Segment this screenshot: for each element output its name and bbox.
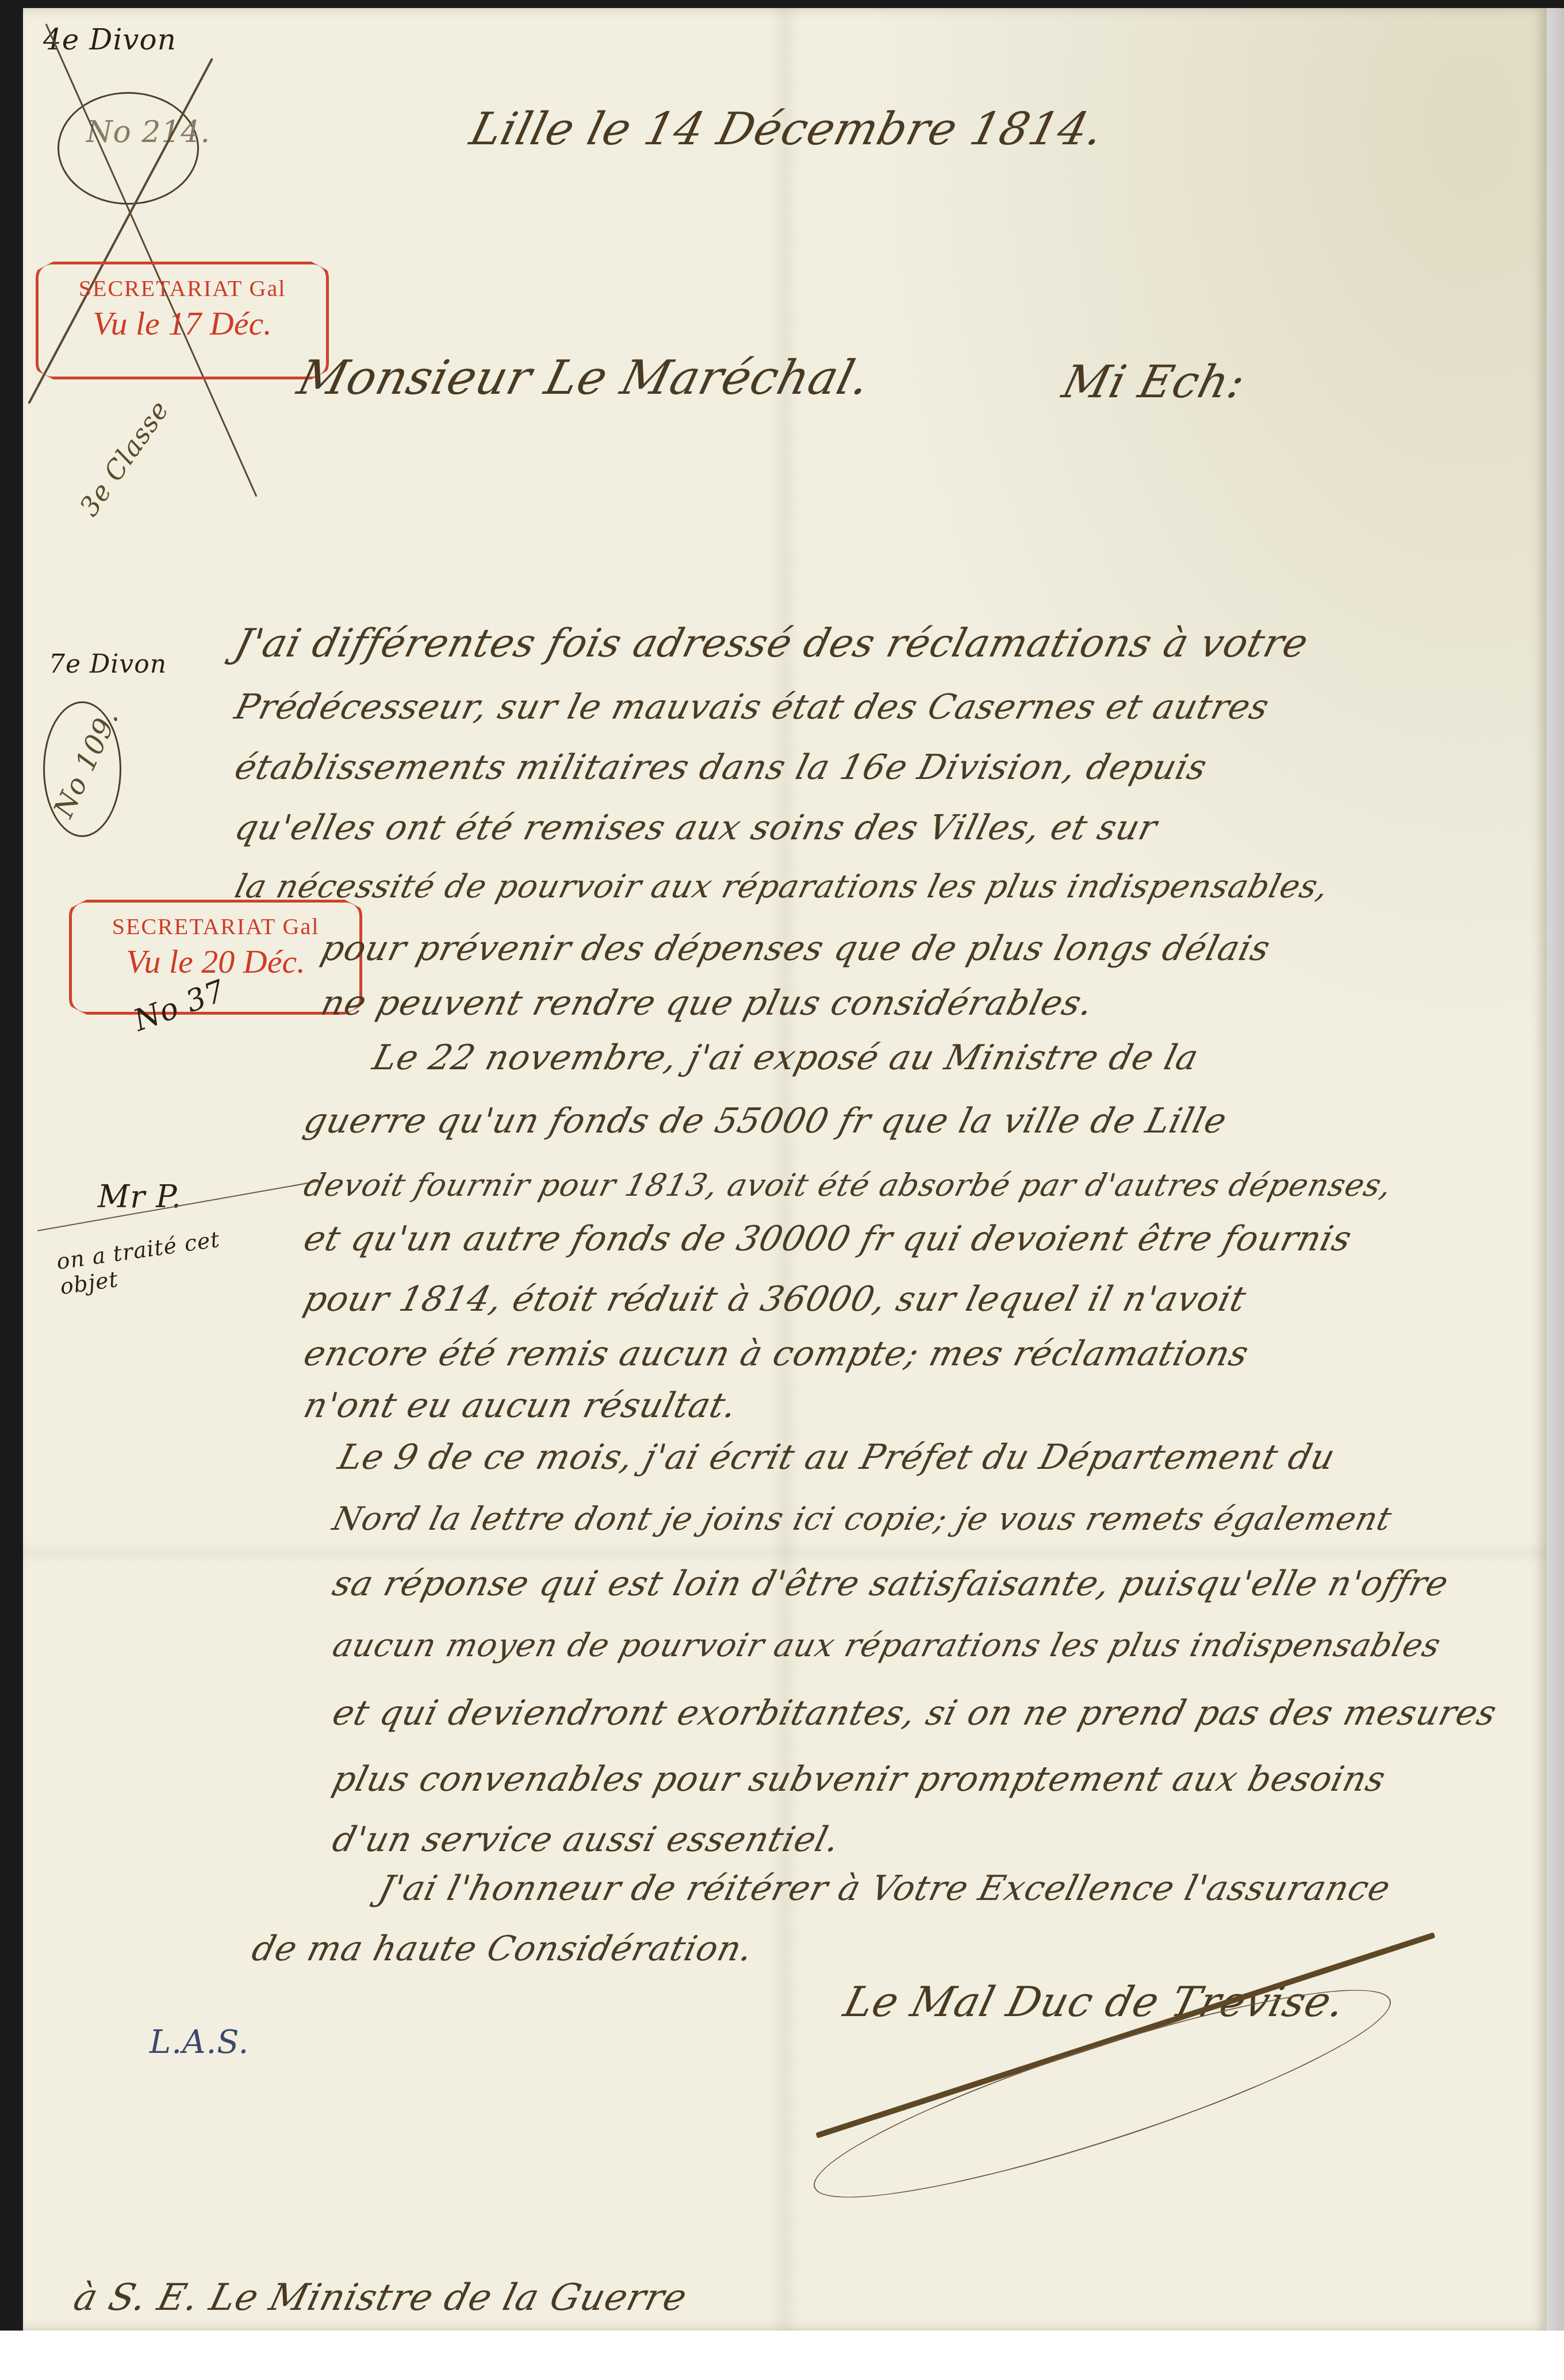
body-line: Le 22 novembre, j'ai exposé au Ministre … [369, 1038, 1203, 1078]
body-line: sa réponse qui est loin d'être satisfais… [328, 1564, 1452, 1604]
body-line: J'ai différentes fois adressé des réclam… [230, 621, 1313, 666]
stamp-1-title: SECRETARIAT Gal [39, 275, 326, 302]
salutation: Monsieur Le Maréchal. [292, 351, 876, 405]
secretariat-stamp-1: SECRETARIAT Gal Vu le 17 Déc. [36, 262, 329, 379]
stamp-1-date: Vu le 17 Déc. [39, 304, 326, 343]
body-line: devoit fournir pour 1813, avoit été abso… [300, 1167, 1396, 1203]
body-line: ne peuvent rendre que plus considérables… [317, 983, 1097, 1023]
page-edge [1547, 8, 1564, 2331]
margin-division-7: 7e Divon [49, 650, 167, 679]
scan-bottom-margin [0, 2331, 1564, 2380]
salutation-note: Mi Ech: [1057, 356, 1251, 408]
address-line: à S. E. Le Ministre de la Guerre [70, 2277, 692, 2319]
body-line: Nord la lettre dont je joins ici copie; … [329, 1500, 1396, 1538]
body-line: Le 9 de ce mois, j'ai écrit au Préfet du… [334, 1437, 1339, 1477]
body-line: de ma haute Considération. [248, 1929, 757, 1969]
body-line: aucun moyen de pourvoir aux réparations … [329, 1627, 1445, 1664]
body-line: pour 1814, étoit réduit à 36000, sur leq… [300, 1279, 1250, 1319]
body-line: Prédécesseur, sur le mauvais état des Ca… [231, 687, 1273, 727]
margin-note-mr-p: Mr P. [98, 1179, 182, 1215]
number-oval-1-label: No 214. [86, 115, 210, 149]
body-line: J'ai l'honneur de réitérer à Votre Excel… [374, 1868, 1394, 1909]
body-line: la nécessité de pourvoir aux réparations… [231, 868, 1333, 905]
place-date: Lille le 14 Décembre 1814. [465, 103, 1109, 155]
body-line: et qui deviendront exorbitantes, si on n… [328, 1693, 1501, 1733]
body-line: pour prévenir des dépenses que de plus l… [317, 928, 1274, 969]
body-line: établissements militaires dans la 16e Di… [231, 747, 1211, 788]
body-line: n'ont eu aucun résultat. [300, 1385, 741, 1426]
body-line: guerre qu'un fonds de 55000 fr que la vi… [300, 1101, 1231, 1141]
body-line: d'un service aussi essentiel. [328, 1819, 844, 1860]
stamp-2-title: SECRETARIAT Gal [72, 913, 359, 940]
body-line: plus convenables pour subvenir prompteme… [328, 1759, 1390, 1799]
body-line: qu'elles ont été remises aux soins des V… [231, 808, 1161, 848]
margin-division-4: 4e Divon [43, 23, 177, 56]
body-line: encore été remis aucun à compte; mes réc… [300, 1334, 1253, 1374]
body-line: et qu'un autre fonds de 30000 fr qui dev… [300, 1219, 1356, 1259]
margin-las-note: L.A.S. [149, 2024, 249, 2061]
